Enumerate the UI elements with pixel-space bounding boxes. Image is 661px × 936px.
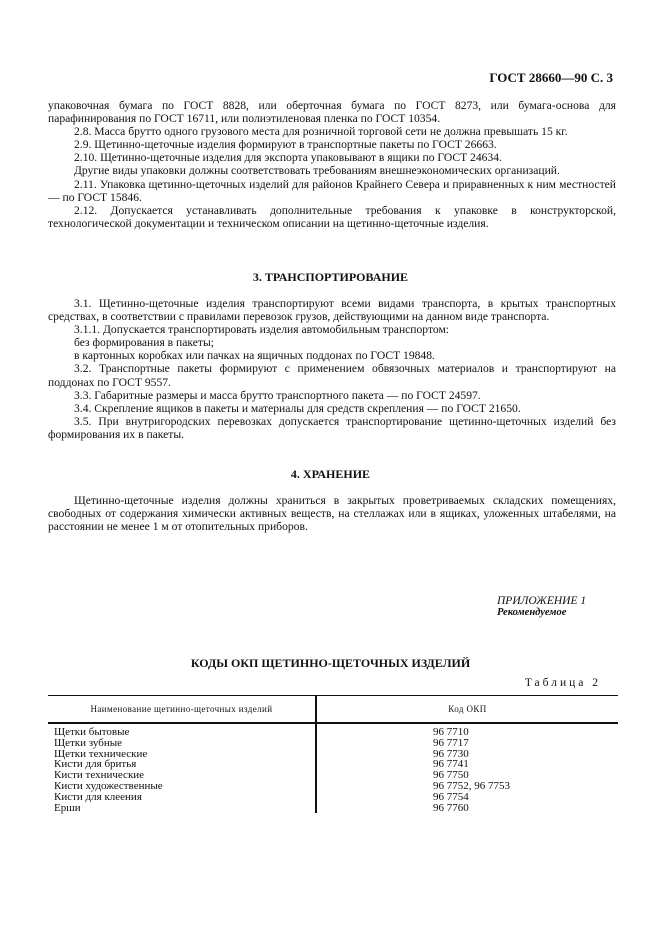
table-body: Щетки бытовые96 7710Щетки зубные96 7717Щ…: [48, 723, 618, 813]
paragraph: Другие виды упаковки должны соответствов…: [48, 164, 616, 177]
column-header-name: Наименование щетинно-щеточных изделий: [48, 696, 316, 724]
table-title: КОДЫ ОКП ЩЕТИННО-ЩЕТОЧНЫХ ИЗДЕЛИЙ: [0, 656, 661, 671]
appendix-number: ПРИЛОЖЕНИЕ 1: [497, 595, 586, 607]
cell-product-name: Щетки бытовые: [48, 723, 316, 738]
appendix-status: Рекомендуемое: [497, 607, 586, 619]
cell-product-name: Ерши: [48, 803, 316, 814]
section-4-title: 4. ХРАНЕНИЕ: [0, 467, 661, 482]
column-header-code: Код ОКП: [316, 696, 618, 724]
section-3-transportation: 3.1. Щетинно-щеточные изделия транспорти…: [48, 297, 616, 441]
cell-okp-code: 96 7717: [316, 738, 618, 749]
paragraph: 3.2. Транспортные пакеты формируют с при…: [48, 362, 616, 388]
paragraph: без формирования в пакеты;: [48, 336, 616, 349]
paragraph: в картонных коробках или пачках на ящичн…: [48, 349, 616, 362]
paragraph: 2.11. Упаковка щетинно-щеточных изделий …: [48, 178, 616, 204]
table-number: Таблица 2: [525, 677, 601, 689]
table-row: Щетки бытовые96 7710: [48, 723, 618, 738]
paragraph: 2.8. Масса брутто одного грузового места…: [48, 125, 616, 138]
table-header-row: Наименование щетинно-щеточных изделий Ко…: [48, 696, 618, 724]
paragraph: 2.12. Допускается устанавливать дополнит…: [48, 204, 616, 230]
page-header: ГОСТ 28660—90 С. 3: [0, 70, 613, 86]
paragraph: 2.9. Щетинно-щеточные изделия формируют …: [48, 138, 616, 151]
cell-product-name: Щетки зубные: [48, 738, 316, 749]
section-4-storage: Щетинно-щеточные изделия должны хранитьс…: [48, 494, 616, 533]
paragraph: 3.5. При внутригородских перевозках допу…: [48, 415, 616, 441]
paragraph: 3.4. Скрепление ящиков в пакеты и матери…: [48, 402, 616, 415]
section-2-packaging: упаковочная бумага по ГОСТ 8828, или обе…: [48, 99, 616, 230]
paragraph: 2.10. Щетинно-щеточные изделия для экспо…: [48, 151, 616, 164]
table-row: Кисти для клеения96 7754: [48, 792, 618, 803]
paragraph: 3.3. Габаритные размеры и масса брутто т…: [48, 389, 616, 402]
cell-okp-code: 96 7760: [316, 803, 618, 814]
paragraph: 3.1.1. Допускается транспортировать изде…: [48, 323, 616, 336]
appendix-label: ПРИЛОЖЕНИЕ 1 Рекомендуемое: [497, 595, 586, 619]
cell-product-name: Кисти для клеения: [48, 792, 316, 803]
paragraph: Щетинно-щеточные изделия должны хранитьс…: [48, 494, 616, 533]
cell-okp-code: 96 7710: [316, 723, 618, 738]
paragraph: упаковочная бумага по ГОСТ 8828, или обе…: [48, 99, 616, 125]
cell-okp-code: 96 7754: [316, 792, 618, 803]
paragraph: 3.1. Щетинно-щеточные изделия транспорти…: [48, 297, 616, 323]
table-row: Ерши96 7760: [48, 803, 618, 814]
okp-codes-table: Наименование щетинно-щеточных изделий Ко…: [48, 695, 618, 813]
table-row: Щетки зубные96 7717: [48, 738, 618, 749]
section-3-title: 3. ТРАНСПОРТИРОВАНИЕ: [0, 270, 661, 285]
